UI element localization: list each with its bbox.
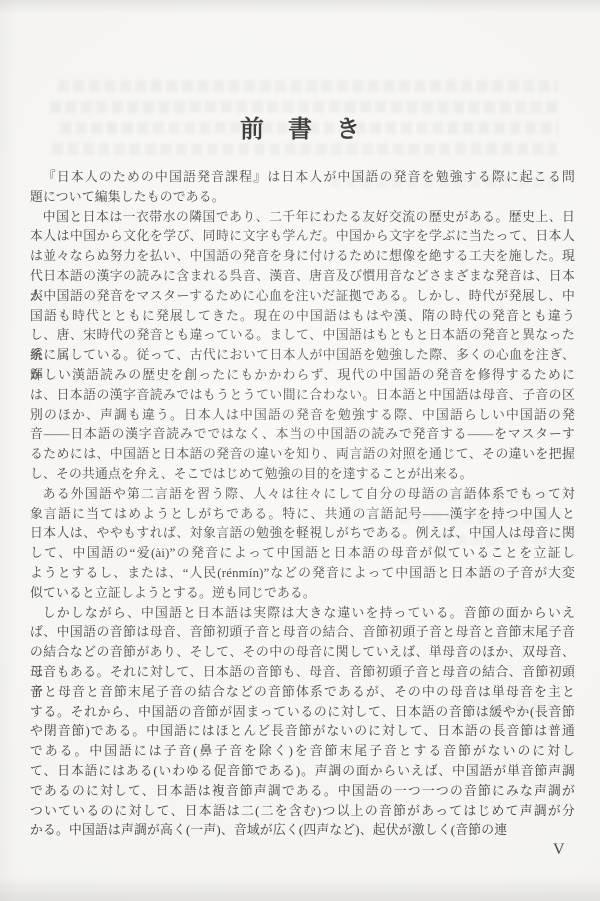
text-line: 音——日本語の漢字音読みでではなく、本当の中国語の読みで発音する——をマスターす: [30, 425, 575, 445]
text-line: て、日本語にはある(いわゆる促音節である)。声調の面からいえば、中国語が単音節声…: [30, 762, 575, 782]
text-line: 題について編集したものである。: [30, 188, 575, 208]
page-number: V: [553, 841, 565, 859]
paragraph: ある外国語や第二言語を習う際、人々は往々にして自分の母語の言語体系でもって対象言…: [30, 485, 575, 604]
text-line: 中国と日本は一衣帯水の隣国であり、二千年にわたる友好交流の歴史がある。歴史上、日: [30, 208, 575, 228]
text-line: が中国語の発音をマスターするために心血を注いだ証拠である。しかし、時代が発展し、…: [30, 287, 575, 307]
text-line: である。中国語には子音(鼻子音を除く)を音節末尾子音とする音節がないのに対し: [30, 742, 575, 762]
text-line: 代日本語の漢字の読みに含まれる呉音、漢音、唐音及び慣用音などさまざまな発音は、日…: [30, 267, 575, 287]
text-line: 母音もある。それに対して、日本語の音節も、母音、音節初頭子音と母音の結合、音節初…: [30, 663, 575, 683]
text-line: して、中国語の“爱(ài)”の発音によって中国語と日本語の母音が似ていることを立…: [30, 544, 575, 564]
text-line: しかしながら、中国語と日本語は実際は大きな違いを持っている。音節の面からいえ: [30, 604, 575, 624]
paragraph: 中国と日本は一衣帯水の隣国であり、二千年にわたる友好交流の歴史がある。歴史上、日…: [30, 208, 575, 485]
page-title: 前書き: [0, 109, 600, 144]
paragraph: しかしながら、中国語と日本語は実際は大きな違いを持っている。音節の面からいえば、…: [30, 604, 575, 842]
book-page: 前書き 『日本人のための中国語発音課程』は日本人が中国語の発音を勉強する際に起こ…: [0, 0, 600, 901]
text-line: 象言語に当てはめようとしがちである。特に、共通の言語記号——漢字を持つ中国人と: [30, 505, 575, 525]
text-line: は並々ならぬ努力を払い、中国語の発音を身に付けるために想像を絶する工夫を施した。…: [30, 247, 575, 267]
text-line: の結合などの音節があり、そして、その中の母音に関していえば、単母音のほか、双母音…: [30, 643, 575, 663]
text-line: は、日本語の漢字音読みではもうとうてい間に合わない。日本語と中国語は母音、子音の…: [30, 386, 575, 406]
text-line: し、唐、宋時代の発音とも違っている。まして、中国語はもともと日本語の発音と異なっ…: [30, 326, 575, 346]
text-line: 『日本人のための中国語発音課程』は日本人が中国語の発音を勉強する際に起こる問: [30, 168, 575, 188]
text-line: や閉音節)である。中国語にはほとんど長音節がないのに対して、日本語の長音節は普通: [30, 722, 575, 742]
text-line: であるのに対して、日本語は複音節声調である。中国語の一つ一つの音節にみな声調が: [30, 782, 575, 802]
text-line: 本人は中国から文化を学び、同時に文字も学んだ。中国から文字を学ぶに当たって、日本…: [30, 227, 575, 247]
text-line: ついているのに対して、日本語は二(二を含む)つ以上の音節があってはじめて声調が分: [30, 802, 575, 822]
text-line: 統に属している。従って、古代において日本人が中国語を勉強した際、多くの心血を注ぎ…: [30, 346, 575, 366]
body-text: 『日本人のための中国語発音課程』は日本人が中国語の発音を勉強する際に起こる問題に…: [30, 168, 575, 841]
text-line: るためには、中国語と日本語の発音の違いを知り、両言語の対照を通じて、その違いを把…: [30, 445, 575, 465]
text-line: する。それから、中国語の音節が固まっているのに対して、日本語の音節は緩やか(長音…: [30, 703, 575, 723]
text-line: ある外国語や第二言語を習う際、人々は往々にして自分の母語の言語体系でもって対: [30, 485, 575, 505]
text-line: し、その共通点を弁え、そこではじめて勉強の目的を達することが出来る。: [30, 465, 575, 485]
bleed-through-artifact: [58, 80, 558, 92]
text-line: かる。中国語は声調が高く(一声)、音域が広く(四声など)、起伏が激しく(音節の連: [30, 821, 575, 841]
text-line: 別のほか、声調も違う。日本人は中国語の発音を勉強する際、中国語らしい中国語の発: [30, 406, 575, 426]
bleed-through-artifact: [52, 143, 557, 155]
text-line: 似ていると立証しようとする。逆も同じである。: [30, 584, 575, 604]
paragraph: 『日本人のための中国語発音課程』は日本人が中国語の発音を勉強する際に起こる問題に…: [30, 168, 575, 208]
text-line: ようとするし、または、“人民(rénmín)”などの発音によって中国語と日本語の…: [30, 564, 575, 584]
text-line: 国語も時代とともに発展してきた。現在の中国語はもはや漢、隋の時代の発音とも違う: [30, 307, 575, 327]
text-line: ば、中国語の音節は母音、音節初頭子音と母音の結合、音節初頭子音と母音と音節末尾子…: [30, 623, 575, 643]
text-line: かしい漢語読みの歴史を創ったにもかかわらず、現代の中国語の発音を修得するために: [30, 366, 575, 386]
text-line: 日本人は、ややもすれば、対象言語の勉強を軽視しがちである。例えば、中国人は母音に…: [30, 524, 575, 544]
text-line: 音と母音と音節末尾子音の結合などの音節体系であるが、その中の母音は単母音を主と: [30, 683, 575, 703]
